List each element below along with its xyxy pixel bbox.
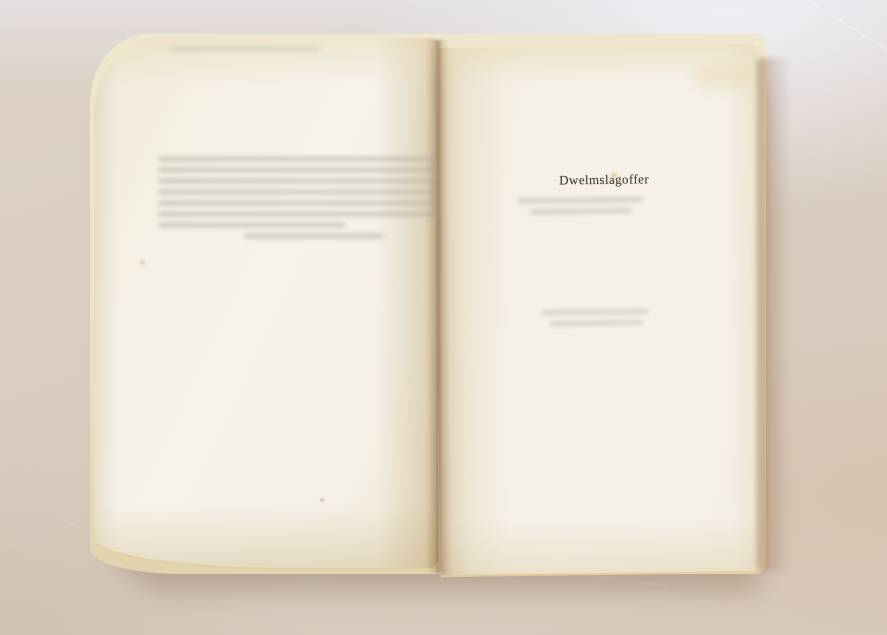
fore-edge-shadow	[757, 58, 791, 570]
gutter-crease	[427, 40, 449, 573]
show-through-lines-middle	[541, 308, 649, 332]
show-through-line	[158, 156, 438, 162]
show-through-text-top	[170, 46, 320, 57]
paper-stain	[611, 173, 617, 178]
show-through-line	[158, 222, 346, 228]
show-through-line	[158, 178, 438, 184]
right-page: Dwelmslagoffer	[433, 44, 764, 575]
paper-speck	[320, 498, 324, 502]
show-through-lines-upper	[517, 196, 643, 220]
show-through-line	[244, 233, 384, 239]
show-through-line	[158, 189, 438, 195]
show-through-line	[158, 211, 438, 217]
show-through-line	[170, 46, 320, 52]
show-through-line	[530, 208, 632, 215]
photo-open-book-scene: Dwelmslagoffer	[0, 0, 887, 635]
show-through-line	[549, 319, 643, 326]
show-through-line	[158, 200, 438, 206]
show-through-line	[517, 196, 643, 204]
show-through-line	[541, 308, 649, 316]
show-through-line	[158, 167, 438, 173]
show-through-paragraph	[158, 156, 438, 244]
left-page	[94, 38, 438, 568]
paper-stain	[692, 64, 752, 91]
paper-stain	[140, 260, 145, 265]
half-title-text: Dwelmslagoffer	[559, 171, 649, 188]
surface-scratch	[806, 0, 887, 58]
